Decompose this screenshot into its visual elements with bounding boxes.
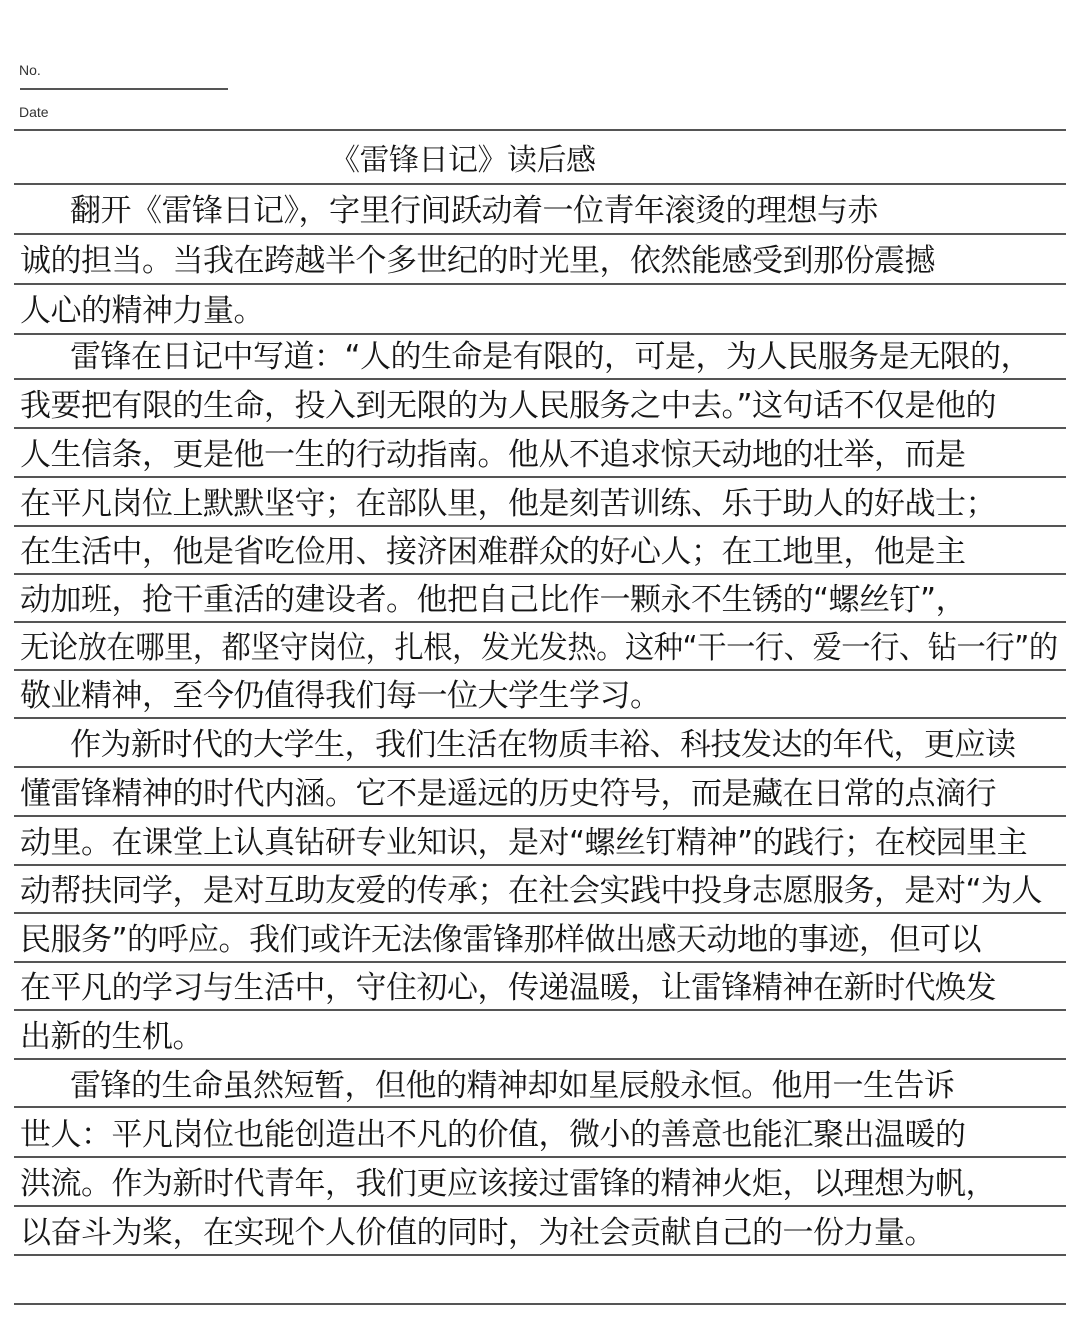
ruled-line bbox=[14, 1106, 1066, 1108]
ruled-line bbox=[14, 766, 1066, 768]
text-line: 翻开《雷锋日记》，字里行间跃动着一位青年滚烫的理想与赤 bbox=[70, 191, 1058, 231]
ruled-line bbox=[14, 183, 1066, 185]
ruled-line bbox=[14, 378, 1066, 380]
ruled-line bbox=[14, 525, 1066, 527]
text-line: 人生信条，更是他一生的行动指南。他从不追求惊天动地的壮举，而是 bbox=[20, 435, 1058, 475]
ruled-line bbox=[14, 864, 1066, 866]
text-line: 无论放在哪里，都坚守岗位，扎根，发光发热。这种“干一行、爱一行、钻一行”的 bbox=[20, 628, 1000, 668]
ruled-line bbox=[14, 669, 1066, 671]
ruled-line bbox=[14, 1254, 1066, 1256]
text-line: 在平凡的学习与生活中，守住初心，传递温暖，让雷锋精神在新时代焕发 bbox=[20, 968, 1058, 1008]
text-line: 洪流。作为新时代青年，我们更应该接过雷锋的精神火炬，以理想为帆， bbox=[20, 1164, 1058, 1204]
ruled-line bbox=[14, 1009, 1066, 1011]
text-line: 在平凡岗位上默默坚守；在部队里，他是刻苦训练、乐于助人的好战士； bbox=[20, 484, 1058, 524]
no-field-rule bbox=[20, 88, 228, 90]
text-line: 作为新时代的大学生，我们生活在物质丰裕、科技发达的年代，更应读 bbox=[70, 725, 1058, 765]
text-line: 动帮扶同学，是对互助友爱的传承；在社会实践中投身志愿服务，是对“为人 bbox=[20, 871, 1058, 911]
ruled-line bbox=[14, 283, 1066, 285]
ruled-line bbox=[14, 815, 1066, 817]
text-line: 懂雷锋精神的时代内涵。它不是遥远的历史符号，而是藏在日常的点滴行 bbox=[20, 774, 1058, 814]
no-label: No. bbox=[19, 62, 41, 78]
ruled-line bbox=[14, 333, 1066, 335]
text-line: 以奋斗为桨，在实现个人价值的同时，为社会贡献自己的一份力量。 bbox=[20, 1213, 1058, 1253]
ruled-line bbox=[14, 573, 1066, 575]
text-line: 我要把有限的生命，投入到无限的为人民服务之中去。”这句话不仅是他的 bbox=[20, 386, 1058, 426]
text-line: 诚的担当。当我在跨越半个多世纪的时光里，依然能感受到那份震撼 bbox=[20, 241, 1058, 281]
ruled-line bbox=[14, 427, 1066, 429]
ruled-line bbox=[14, 1205, 1066, 1207]
date-label: Date bbox=[19, 104, 49, 120]
text-line: 民服务”的呼应。我们或许无法像雷锋那样做出感天动地的事迹，但可以 bbox=[20, 920, 1058, 960]
text-line: 世人：平凡岗位也能创造出不凡的价值，微小的善意也能汇聚出温暖的 bbox=[20, 1115, 1058, 1155]
ruled-line bbox=[14, 1058, 1066, 1060]
text-line: 人心的精神力量。 bbox=[20, 291, 1058, 331]
ruled-line bbox=[14, 129, 1066, 131]
ruled-line bbox=[14, 717, 1066, 719]
ruled-line bbox=[14, 961, 1066, 963]
text-line: 在生活中，他是省吃俭用、接济困难群众的好心人；在工地里，他是主 bbox=[20, 532, 1058, 572]
ruled-line bbox=[14, 912, 1066, 914]
ruled-line bbox=[14, 1156, 1066, 1158]
text-line: 敬业精神，至今仍值得我们每一位大学生学习。 bbox=[20, 676, 1058, 716]
ruled-line bbox=[14, 476, 1066, 478]
ruled-line bbox=[14, 1303, 1066, 1305]
text-line: 动里。在课堂上认真钻研专业知识，是对“螺丝钉精神”的践行；在校园里主 bbox=[20, 823, 1058, 863]
text-line: 雷锋在日记中写道：“人的生命是有限的，可是，为人民服务是无限的， bbox=[70, 337, 1058, 377]
text-line: 动加班，抢干重活的建设者。他把自己比作一颗永不生锈的“螺丝钉”， bbox=[20, 580, 1058, 620]
text-line: 雷锋的生命虽然短暂，但他的精神却如星辰般永恒。他用一生告诉 bbox=[70, 1066, 1058, 1106]
ruled-line bbox=[14, 621, 1066, 623]
essay-title: 《雷锋日记》读后感 bbox=[330, 141, 1058, 181]
ruled-line bbox=[14, 233, 1066, 235]
text-line: 出新的生机。 bbox=[20, 1017, 1058, 1057]
